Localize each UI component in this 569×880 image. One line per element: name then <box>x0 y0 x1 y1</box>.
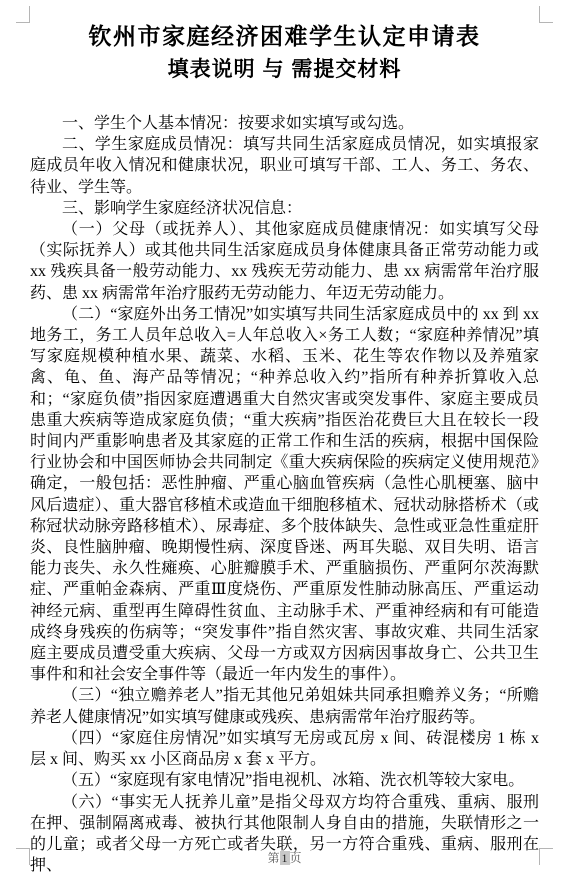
page-number-field: 1 <box>280 851 290 865</box>
document-title: 钦州市家庭经济困难学生认定申请表 <box>30 20 539 53</box>
paragraph-3-4-housing: （四）“家庭住房情况”如实填写无房或瓦房 x 间、砖混楼房 1 栋 x 层 x … <box>30 728 539 770</box>
paragraph-3-economic-status-heading: 三、影响学生家庭经济状况信息： <box>30 198 539 219</box>
paragraph-3-5-appliances: （五）“家庭现有家电情况”指电视机、冰箱、洗衣机等较大家电。 <box>30 770 539 791</box>
document-page: { "document": { "title_line1": "钦州市家庭经济困… <box>0 0 569 880</box>
margin-crop-mark-top-right <box>539 6 553 23</box>
paragraph-3-2-migrant-work-and-illness: （二）“家庭外出务工情况”如实填写共同生活家庭成员中的 xx 到 xx 地务工，… <box>30 304 539 686</box>
paragraph-1-personal-info: 一、学生个人基本情况：按要求如实填写或勾选。 <box>30 113 539 134</box>
paragraph-3-1-health-status: （一）父母（或抚养人）、其他家庭成员健康情况：如实填写父母（实际抚养人）或其他共… <box>30 219 539 304</box>
document-subtitle: 填表说明 与 需提交材料 <box>30 53 539 86</box>
document-body: 钦州市家庭经济困难学生认定申请表 填表说明 与 需提交材料 一、学生个人基本情况… <box>30 20 539 876</box>
page-number-prefix: 第 <box>267 851 279 865</box>
margin-crop-mark-top-left <box>16 6 30 23</box>
paragraph-2-family-members: 二、学生家庭成员情况：填写共同生活家庭成员情况，如实填报家庭成员年收入情况和健康… <box>30 134 539 198</box>
page-number-suffix: 页 <box>290 851 302 865</box>
page-footer: 第1页 <box>0 851 569 866</box>
paragraph-3-3-elder-support: （三）“独立赡养老人”指无其他兄弟姐妹共同承担赡养义务；“所赡养老人健康情况”如… <box>30 685 539 727</box>
